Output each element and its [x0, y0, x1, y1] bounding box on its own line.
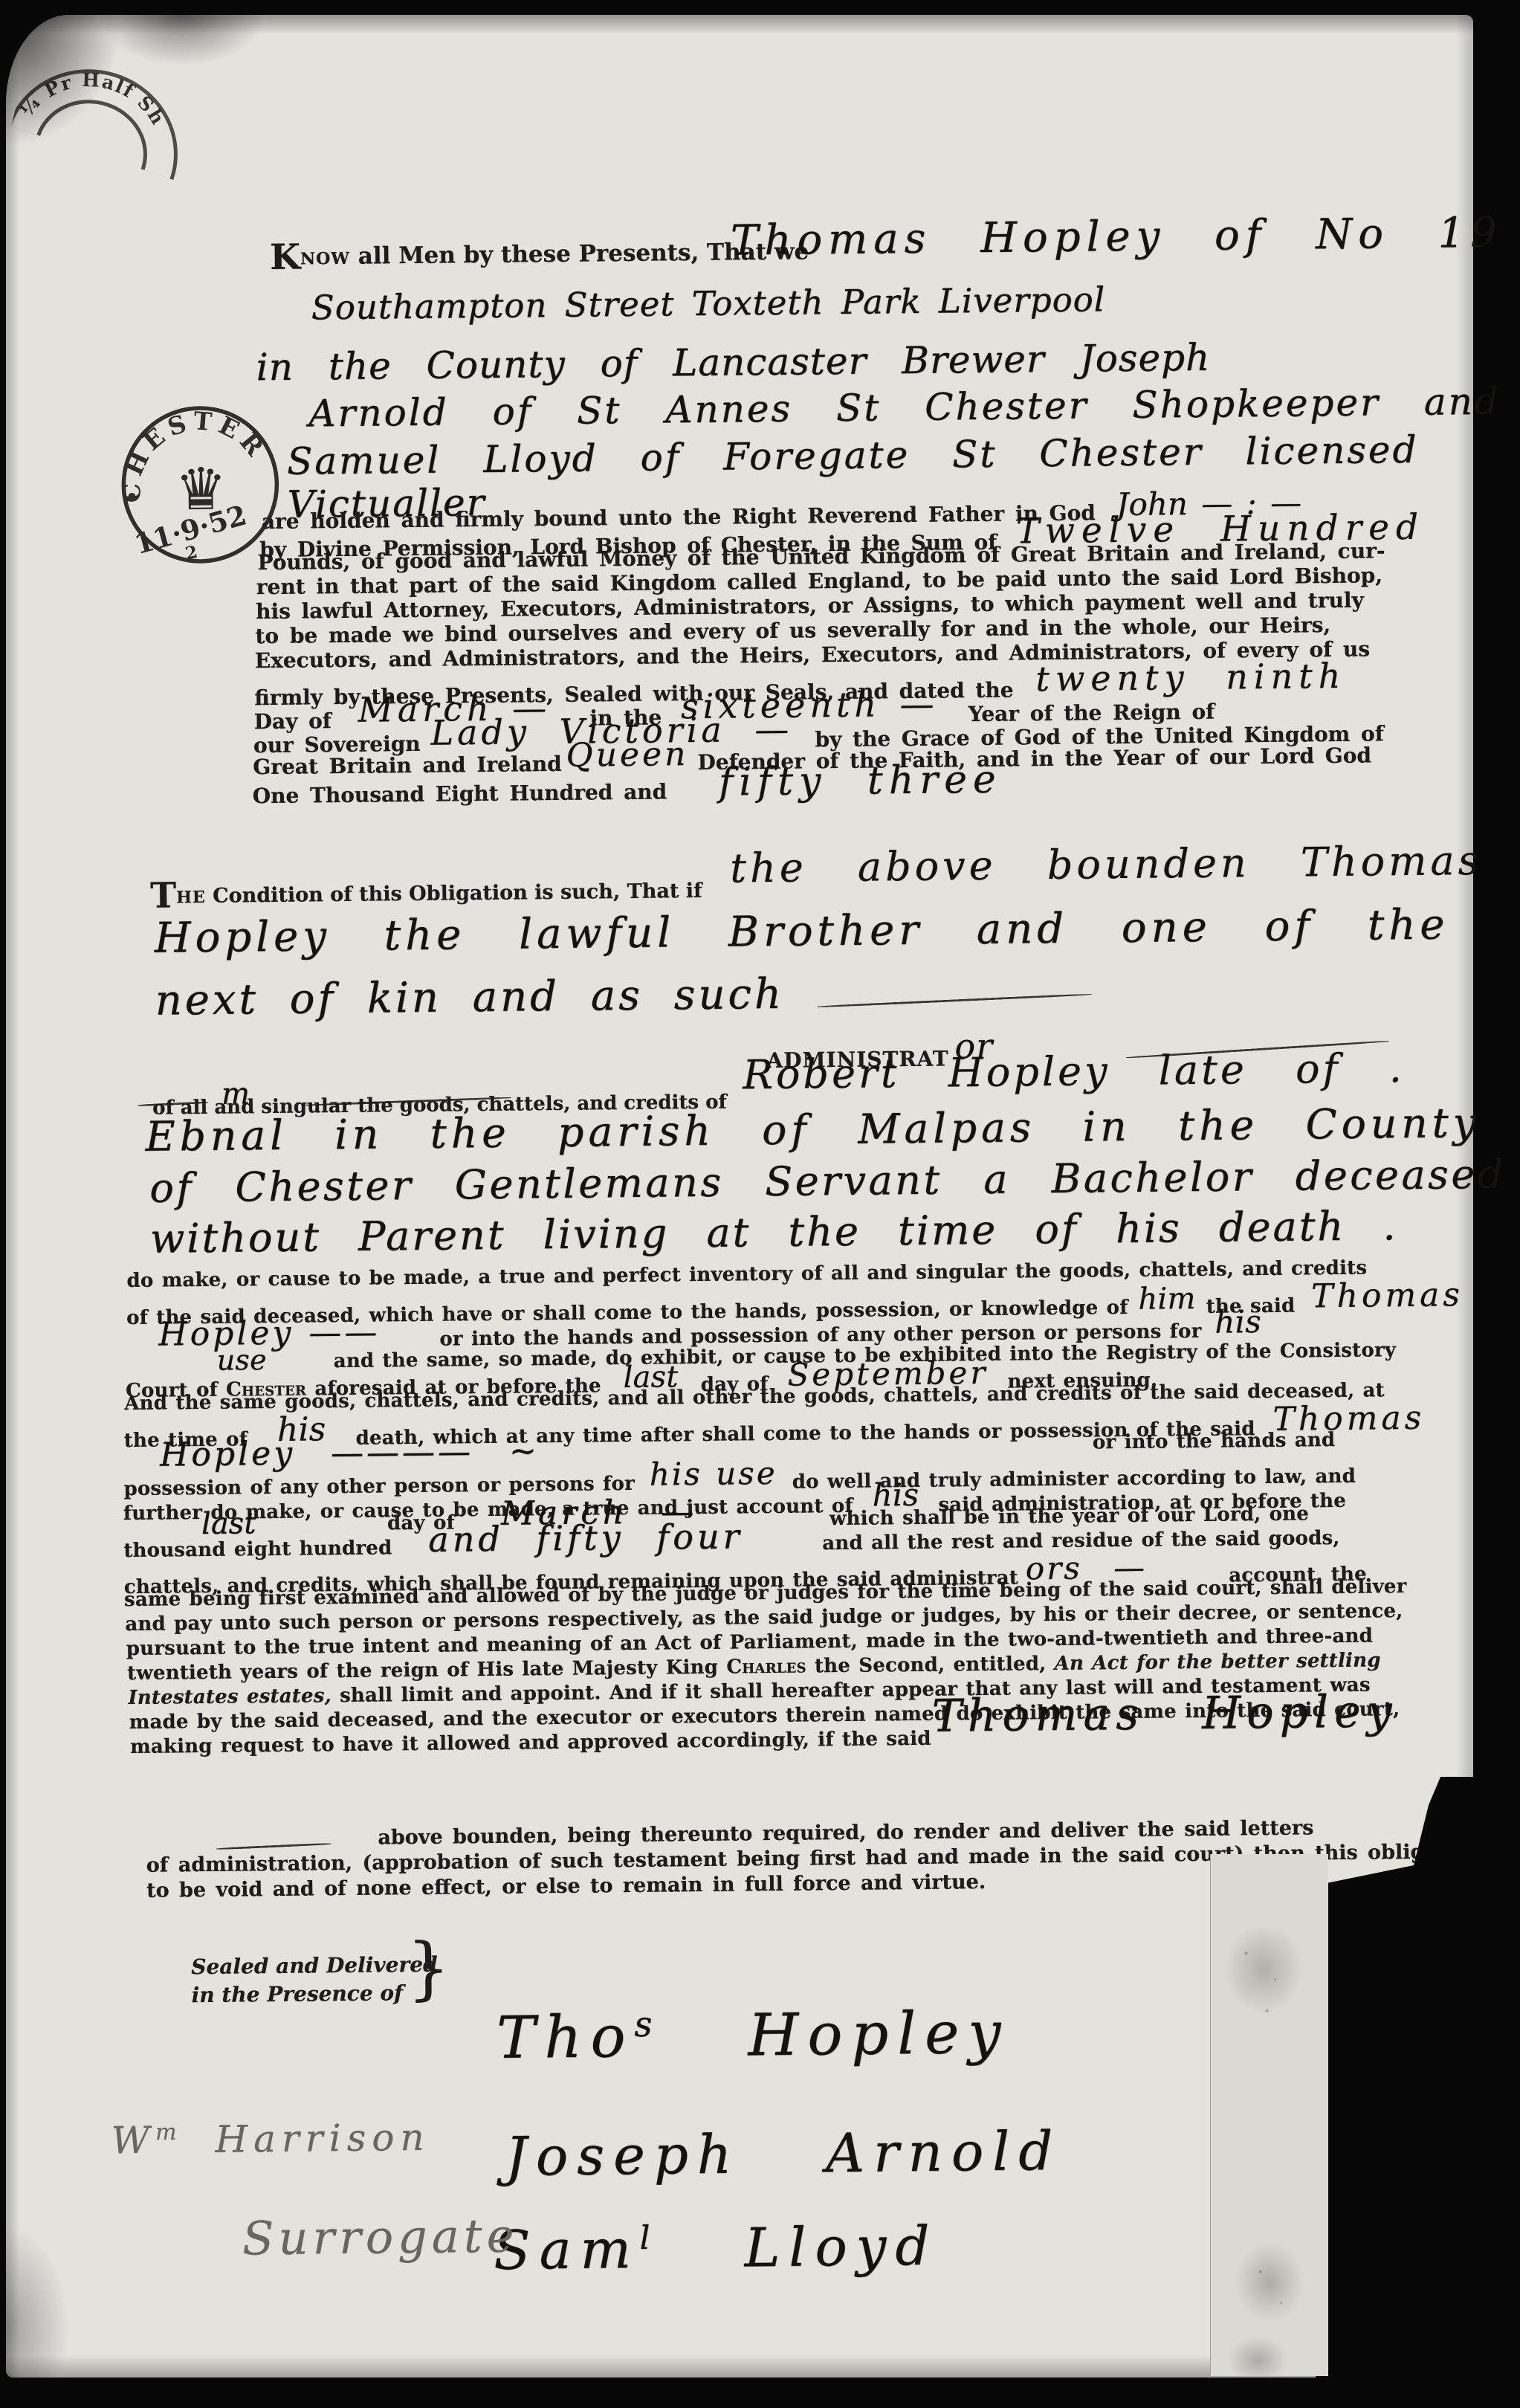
- printed-italic-text: Intestates estates,: [128, 1685, 332, 1709]
- underlying-page-edge: [1210, 1854, 1328, 2376]
- signature-samuel-lloyd: Saml Lloyd: [494, 2215, 939, 2282]
- hw-arnold-line: Arnold of St Annes St Chester Shopkeeper…: [308, 380, 1501, 436]
- dense-line-11b: which shall be in the year of our Lord, …: [829, 1502, 1309, 1530]
- condition-initial: T: [150, 875, 177, 916]
- hw-thomas: Thomas: [1311, 1276, 1464, 1315]
- condition-rest: Condition of this Obligation is such, Th…: [206, 879, 702, 908]
- opening-lead: KNOW all Men by these Presents, That we: [270, 238, 809, 271]
- hw-last2: last: [201, 1506, 256, 1541]
- hw-address-line: Southampton Street Toxteth Park Liverpoo…: [311, 280, 1106, 327]
- printed-italic-text: An Act for the better settling: [1054, 1649, 1380, 1675]
- ink-dash: [216, 1843, 332, 1850]
- chester-stamp: CHESTER ♛ 11·9·52 2: [116, 400, 285, 572]
- printed-italic-text: Sealed and Delivered: [191, 1952, 438, 1979]
- ink-dash: [817, 993, 1092, 1008]
- opening-caps: NOW: [300, 249, 350, 269]
- printed-text: Charles: [726, 1656, 806, 1679]
- hw-fifty-four: and fifty four: [428, 1516, 743, 1559]
- hw-principal-name: Thomas Hopley of No 19: [731, 209, 1504, 265]
- sealed-delivered-label: Sealed and Delivered: [191, 1952, 438, 1979]
- signature-text: Lloyd: [659, 2215, 939, 2280]
- printed-text: One Thousand Eight Hundred and: [253, 779, 667, 808]
- scanned-document: ¼ Pr Half Sh CHESTER ♛ 11·9·52 2 KNOW al…: [0, 0, 1520, 2408]
- signature-text: Tho: [497, 2004, 635, 2072]
- hw-condition-8: of Chester Gentlemans Servant a Bachelor…: [149, 1151, 1506, 1212]
- dense-line-8: or into the hands and: [1093, 1429, 1336, 1453]
- hw-deceased-name: Robert Hopley late of .: [743, 1045, 1405, 1098]
- condition-caps: HE: [176, 888, 206, 907]
- opening-initial: K: [270, 237, 300, 278]
- surrogate-title: Surrogate: [242, 2209, 519, 2266]
- hw-condition-3: next of kin and as such: [155, 970, 784, 1025]
- attestation-brace: }: [407, 1928, 451, 2009]
- signature-text: Harrison: [182, 2116, 430, 2161]
- signature-joseph-arnold: Joseph Arnold: [505, 2120, 1062, 2188]
- dense-line-12a: thousand eight hundred: [123, 1537, 392, 1562]
- presence-label: in the Presence of: [191, 1981, 403, 2007]
- hw-thomas-hopley: Thomas Hopley: [931, 1685, 1397, 1743]
- signature-text: Hopley: [661, 2000, 1010, 2070]
- signature-william-harrison: Wm Harrison: [111, 2116, 430, 2162]
- hw-condition-1: the above bounden Thomas: [730, 837, 1483, 892]
- hw-year: fifty three: [719, 758, 1002, 805]
- bond-line-12: One Thousand Eight Hundred andfifty thre…: [252, 761, 1002, 813]
- signature-superscript: l: [639, 2220, 659, 2257]
- printed-text: twentieth years of the reign of His late…: [127, 1656, 727, 1685]
- signature-text: W: [111, 2119, 155, 2163]
- signature-superscript: m: [155, 2120, 183, 2146]
- signature-thomas-hopley: Thos Hopley: [497, 2000, 1010, 2072]
- duty-stamp: ¼ Pr Half Sh: [4, 29, 208, 201]
- hw-county-line: in the County of Lancaster Brewer Joseph: [256, 336, 1210, 389]
- printed-italic-text: in the Presence of: [191, 1981, 403, 2007]
- signature-superscript: s: [634, 2005, 662, 2045]
- hw-lloyd-line: Samuel Lloyd of Foregate St Chester lice…: [287, 428, 1419, 483]
- hw-condition-9: without Parent living at the time of his…: [150, 1202, 1398, 1262]
- printed-text: the Second, entitled,: [806, 1653, 1055, 1677]
